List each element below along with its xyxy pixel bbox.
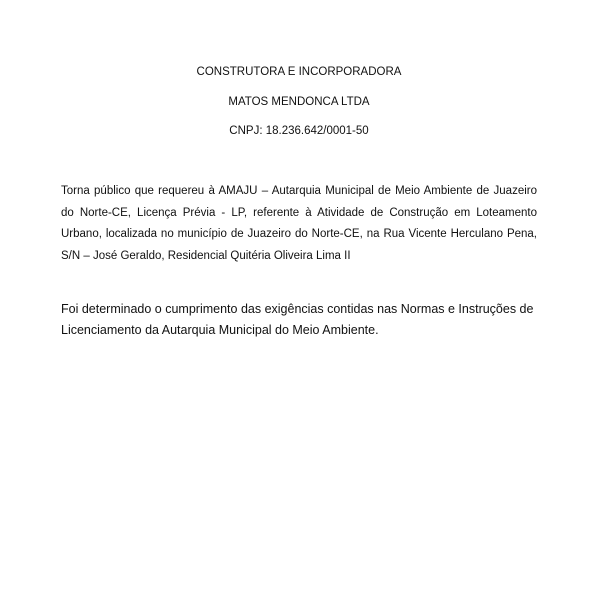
- requirements-paragraph: Foi determinado o cumprimento das exigên…: [61, 299, 541, 341]
- company-name-line-2: MATOS MENDONCA LTDA: [0, 96, 598, 108]
- license-request-paragraph: Torna público que requereu à AMAJU – Aut…: [61, 181, 537, 267]
- company-name-line-1: CONSTRUTORA E INCORPORADORA: [0, 66, 598, 78]
- company-cnpj: CNPJ: 18.236.642/0001-50: [0, 125, 598, 137]
